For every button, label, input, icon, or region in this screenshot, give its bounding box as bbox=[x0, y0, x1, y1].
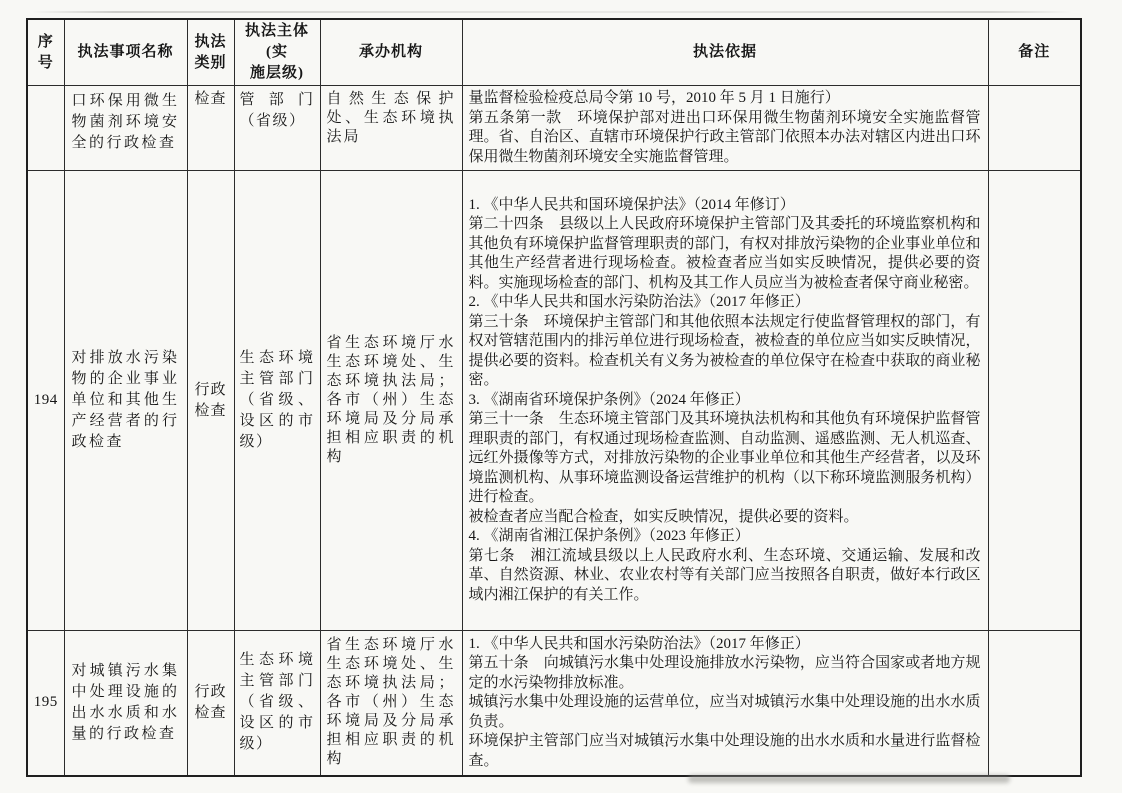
remark-cell bbox=[988, 171, 1081, 631]
remark-cell bbox=[988, 631, 1081, 776]
category-cell: 行政检查 bbox=[187, 171, 234, 631]
item-name-cell: 对排放水污染物的企业事业单位和其他生产经营者的行政检查 bbox=[64, 171, 187, 631]
table-header-row: 序 号 执法事项名称 执法 类别 执法主体(实 施层级) 承办机构 执法依据 备… bbox=[27, 19, 1081, 86]
basis-paragraph: 第二十四条 县级以上人民政府环境保护主管部门及其委托的环境监察机构和其他负有环境… bbox=[469, 215, 981, 293]
serial-cell bbox=[27, 86, 64, 171]
basis-paragraph: 第三十条 环境保护主管部门和其他依照本法规定行使监督管理权的部门，有权对管辖范围… bbox=[469, 313, 981, 391]
basis-paragraph: 第三十一条 生态环境主管部门及其环境执法机构和其他负有环境保护监督管理职责的部门… bbox=[469, 410, 981, 508]
basis-paragraph: 被检查者应当配合检查，如实反映情况，提供必要的资料。 bbox=[469, 508, 981, 528]
agency-cell: 省生态环境厅水生态环境处、生态环境执法局；各市（州）生态环境局及分局承担相应职责… bbox=[320, 171, 462, 631]
basis-paragraph: 4. 《湖南省湘江保护条例》（2023 年修正） bbox=[469, 527, 981, 547]
table-row: 195 对城镇污水集中处理设施的出水水质和水量的行政检查 行政检查 生态环境主管… bbox=[27, 631, 1081, 776]
basis-paragraph: 3. 《湖南省环境保护条例》（2024 年修正） bbox=[469, 391, 981, 411]
basis-paragraph: 城镇污水集中处理设施的运营单位，应当对城镇污水集中处理设施的出水水质负责。 bbox=[469, 693, 981, 732]
serial-cell: 194 bbox=[27, 171, 64, 631]
basis-paragraph: 量监督检验检疫总局令第 10 号，2010 年 5 月 1 日施行） bbox=[469, 89, 981, 109]
basis-paragraph: 第七条 湘江流域县级以上人民政府水利、生态环境、交通运输、发展和改革、自然资源、… bbox=[469, 547, 981, 606]
basis-paragraph: 1. 《中华人民共和国水污染防治法》（2017 年修正） bbox=[469, 635, 981, 655]
enforcement-items-table: 序 号 执法事项名称 执法 类别 执法主体(实 施层级) 承办机构 执法依据 备… bbox=[26, 18, 1082, 777]
scanned-document-page: 序 号 执法事项名称 执法 类别 执法主体(实 施层级) 承办机构 执法依据 备… bbox=[0, 0, 1122, 793]
agency-cell: 省生态环境厅水生态环境处、生态环境执法局；各市（州）生态环境局及分局承担相应职责… bbox=[320, 631, 462, 776]
item-name-cell: 对城镇污水集中处理设施的出水水质和水量的行政检查 bbox=[64, 631, 187, 776]
basis-paragraph: 2. 《中华人民共和国水污染防治法》（2017 年修正） bbox=[469, 293, 981, 313]
table-row: 口环保用微生物菌剂环境安全的行政检查 检查 管部门（省级） 自然生态保护处、生态… bbox=[27, 86, 1081, 171]
serial-cell: 195 bbox=[27, 631, 64, 776]
header-basis: 执法依据 bbox=[462, 19, 988, 86]
header-item-name: 执法事项名称 bbox=[64, 19, 187, 86]
scan-artifact-line bbox=[32, 11, 1072, 13]
basis-paragraph: 第五条第一款 环境保护部对进出口环保用微生物菌剂环境安全实施监督管理。省、自治区… bbox=[469, 109, 981, 168]
basis-cell: 1. 《中华人民共和国水污染防治法》（2017 年修正） 第五十条 向城镇污水集… bbox=[462, 631, 988, 776]
header-serial: 序 号 bbox=[27, 19, 64, 86]
basis-cell: 量监督检验检疫总局令第 10 号，2010 年 5 月 1 日施行） 第五条第一… bbox=[462, 86, 988, 171]
agency-cell: 自然生态保护处、生态环境执法局 bbox=[320, 86, 462, 171]
basis-paragraph: 第五十条 向城镇污水集中处理设施排放水污染物，应当符合国家或者地方规定的水污染物… bbox=[469, 654, 981, 693]
category-cell: 行政检查 bbox=[187, 631, 234, 776]
subject-cell: 管部门（省级） bbox=[234, 86, 320, 171]
header-category: 执法 类别 bbox=[187, 19, 234, 86]
subject-cell: 生态环境主管部门（省级、设区的市级） bbox=[234, 171, 320, 631]
basis-cell: 1. 《中华人民共和国环境保护法》（2014 年修订） 第二十四条 县级以上人民… bbox=[462, 171, 988, 631]
subject-cell: 生态环境主管部门（省级、设区的市级） bbox=[234, 631, 320, 776]
header-agency: 承办机构 bbox=[320, 19, 462, 86]
table-row: 194 对排放水污染物的企业事业单位和其他生产经营者的行政检查 行政检查 生态环… bbox=[27, 171, 1081, 631]
header-subject: 执法主体(实 施层级) bbox=[234, 19, 320, 86]
basis-paragraph: 环境保护主管部门应当对城镇污水集中处理设施的出水水质和水量进行监督检查。 bbox=[469, 732, 981, 771]
scan-artifact-smudge bbox=[688, 775, 1010, 783]
item-name-cell: 口环保用微生物菌剂环境安全的行政检查 bbox=[64, 86, 187, 171]
category-cell: 检查 bbox=[187, 86, 234, 171]
remark-cell bbox=[988, 86, 1081, 171]
header-remark: 备注 bbox=[988, 19, 1081, 86]
basis-paragraph: 1. 《中华人民共和国环境保护法》（2014 年修订） bbox=[469, 196, 981, 216]
